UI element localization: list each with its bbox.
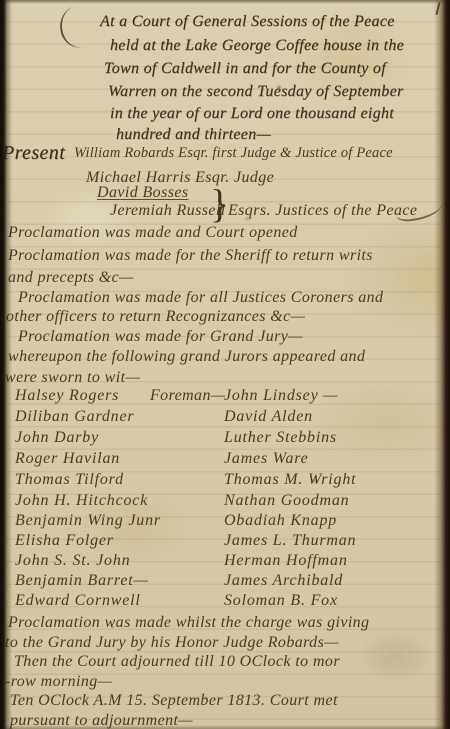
juror-name: John Darby xyxy=(15,429,99,447)
juror-name: Soloman B. Fox xyxy=(224,592,338,610)
grand-juror-row: John S. St. John Herman Hoffman xyxy=(0,552,450,573)
closing-line: to the Grand Jury by his Honor Judge Rob… xyxy=(5,634,339,652)
page-edge-bottom xyxy=(0,725,450,729)
grand-juror-row: Halsey Rogers Foreman— John Lindsey — xyxy=(0,387,450,408)
closing-line: -row morning— xyxy=(5,673,112,691)
juror-name: Thomas M. Wright xyxy=(224,471,356,489)
grand-juror-row: John H. Hitchcock Nathan Goodman xyxy=(0,492,450,513)
heading-line: Warren on the second Tuesday of Septembe… xyxy=(108,83,404,101)
juror-name: Obadiah Knapp xyxy=(224,512,337,530)
closing-line: Proclamation was made whilst the charge … xyxy=(8,614,369,632)
juror-name: David Alden xyxy=(224,408,313,426)
closing-line: Ten OClock A.M 15. September 1813. Court… xyxy=(10,692,338,710)
heading-line: At a Court of General Sessions of the Pe… xyxy=(100,13,395,31)
heading-line: hundred and thirteen— xyxy=(116,126,271,144)
grand-juror-row: Roger Havilan James Ware xyxy=(0,450,450,471)
proclamation-line: Proclamation was made and Court opened xyxy=(8,224,298,242)
grand-juror-row: Elisha Folger James L. Thurman xyxy=(0,532,450,553)
juror-name: Halsey Rogers xyxy=(15,387,119,405)
pen-flourish xyxy=(55,2,100,51)
juror-name: Herman Hoffman xyxy=(224,552,348,570)
judge-line: Jeremiah Russell xyxy=(110,202,226,220)
heading-line: held at the Lake George Coffee house in … xyxy=(110,37,404,55)
page-edge-right xyxy=(434,0,450,729)
justices-suffix: Esqrs. Justices of the Peace xyxy=(228,202,417,220)
juror-name: Thomas Tilford xyxy=(15,471,124,489)
juror-name: James L. Thurman xyxy=(224,532,356,550)
juror-name: Benjamin Wing Junr xyxy=(15,512,161,530)
juror-name: Nathan Goodman xyxy=(224,492,349,510)
heading-line: Town of Caldwell in and for the County o… xyxy=(104,60,386,78)
proclamation-line: were sworn to wit— xyxy=(5,369,140,387)
foreman-label: Foreman— xyxy=(150,387,226,405)
juror-name: Elisha Folger xyxy=(15,532,114,550)
heading-line: in the year of our Lord one thousand eig… xyxy=(110,105,394,123)
grand-juror-row: Benjamin Barret— James Archibald xyxy=(0,572,450,593)
juror-name: John S. St. John xyxy=(15,552,130,570)
brace-mark: } xyxy=(210,188,230,220)
grand-juror-row: Diliban Gardner David Alden xyxy=(0,408,450,429)
juror-name: Edward Cornwell xyxy=(15,592,141,610)
judge-line: William Robards Esqr. first Judge & Just… xyxy=(74,146,393,162)
juror-name: James Ware xyxy=(224,450,309,468)
grand-juror-row: Benjamin Wing Junr Obadiah Knapp xyxy=(0,512,450,533)
proclamation-line: whereupon the following grand Jurors app… xyxy=(8,348,365,366)
proclamation-line: other officers to return Recognizances &… xyxy=(6,308,305,326)
proclamation-line: and precepts &c— xyxy=(8,269,134,287)
grand-juror-row: Edward Cornwell Soloman B. Fox xyxy=(0,592,450,613)
juror-name: James Archibald xyxy=(224,572,343,590)
closing-line: Then the Court adjourned till 10 OClock … xyxy=(14,653,340,671)
binding-edge-left xyxy=(0,0,12,729)
proclamation-line: Proclamation was made for the Sheriff to… xyxy=(8,247,373,265)
judge-line: David Bosses xyxy=(97,184,188,202)
juror-name: Roger Havilan xyxy=(15,450,120,468)
juror-name: John H. Hitchcock xyxy=(15,492,148,510)
page-edge-top xyxy=(0,0,450,4)
juror-name: Luther Stebbins xyxy=(224,429,337,447)
juror-name: Benjamin Barret— xyxy=(15,572,149,590)
grand-juror-row: Thomas Tilford Thomas M. Wright xyxy=(0,471,450,492)
manuscript-page: At a Court of General Sessions of the Pe… xyxy=(0,0,450,729)
proclamation-line: Proclamation was made for Grand Jury— xyxy=(18,328,303,346)
juror-name: John Lindsey — xyxy=(224,387,338,405)
juror-name: Diliban Gardner xyxy=(15,408,134,426)
proclamation-line: Proclamation was made for all Justices C… xyxy=(18,289,383,307)
grand-juror-row: John Darby Luther Stebbins xyxy=(0,429,450,450)
